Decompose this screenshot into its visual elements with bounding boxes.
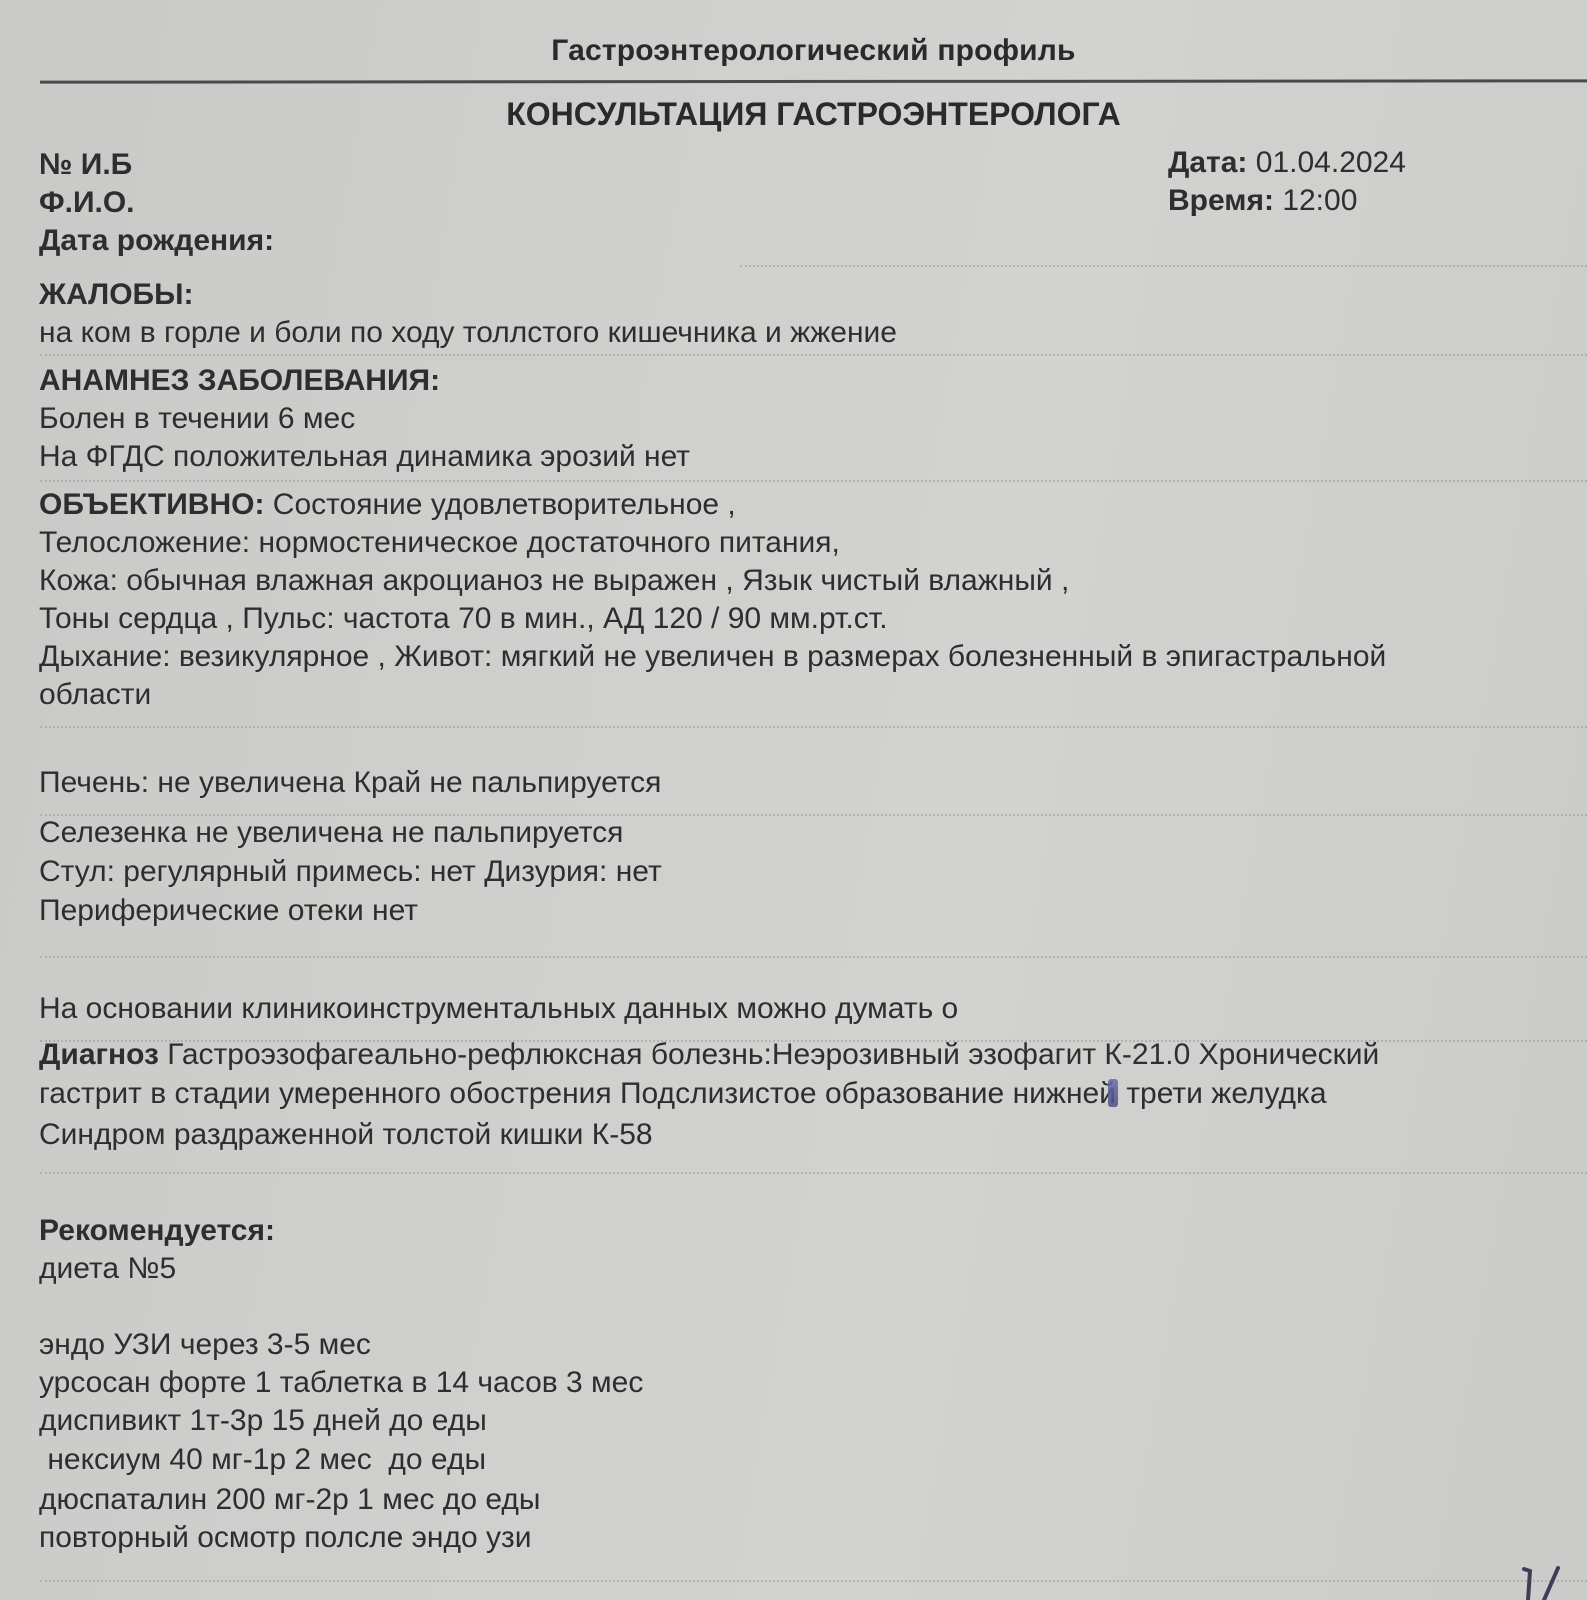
profile-title: Гастроэнтерологический профиль <box>0 34 1587 68</box>
ink-blot <box>1108 1079 1118 1107</box>
objective-line: Кожа: обычная влажная акроцианоз не выра… <box>39 562 1069 600</box>
dotted-separator <box>40 956 1587 958</box>
liver-line: Печень: не увеличена Край не пальпируетс… <box>39 764 661 802</box>
visit-date-value: 01.04.2024 <box>1256 146 1406 179</box>
dotted-separator <box>40 1580 1587 1582</box>
dotted-separator <box>40 354 1587 356</box>
consultation-document: Гастроэнтерологический профиль КОНСУЛЬТА… <box>0 0 1587 1600</box>
anamnesis-line: На ФГДС положительная динамика эрозий не… <box>39 438 690 476</box>
anamnesis-heading: АНАМНЕЗ ЗАБОЛЕВАНИЯ: <box>39 362 440 400</box>
recommendation-item: эндо УЗИ через 3-5 мес <box>39 1326 371 1364</box>
objective-line: области <box>39 676 151 714</box>
header-divider <box>40 79 1587 83</box>
diagnosis-text: трети желудка <box>1118 1077 1327 1110</box>
recommendations-heading: Рекомендуется: <box>39 1212 275 1250</box>
recommendation-item: урсосан форте 1 таблетка в 14 часов 3 ме… <box>39 1364 643 1402</box>
objective-heading: ОБЪЕКТИВНО: <box>39 488 264 521</box>
diagnosis-label: Диагноз <box>39 1038 159 1071</box>
handwritten-mark <box>1518 1565 1578 1600</box>
dotted-separator <box>740 265 1587 267</box>
recommendation-item: диспивикт 1т-3р 15 дней до еды <box>39 1402 487 1440</box>
diagnosis-text: гастрит в стадии умеренного обострения П… <box>39 1077 1116 1110</box>
diet-line: диета №5 <box>39 1250 176 1288</box>
dotted-separator <box>40 726 1587 728</box>
objective-line: Дыхание: везикулярное , Живот: мягкий не… <box>39 638 1386 676</box>
dotted-separator <box>40 480 1587 482</box>
spleen-line: Селезенка не увеличена не пальпируется <box>39 814 623 852</box>
complaints-heading: ЖАЛОБЫ: <box>39 276 193 314</box>
diagnosis-line-2: гастрит в стадии умеренного обострения П… <box>39 1075 1327 1113</box>
visit-date: Дата: 01.04.2024 <box>1168 144 1406 182</box>
complaints-text: на ком в горле и боли по ходу толлстого … <box>39 314 897 352</box>
dotted-separator <box>40 1172 1587 1174</box>
diagnosis-line-1: Диагноз Гастроэзофагеально-рефлюксная бо… <box>39 1036 1379 1074</box>
edema-line: Периферические отеки нет <box>39 892 418 930</box>
visit-date-label: Дата: <box>1168 146 1247 179</box>
diagnosis-text: Гастроэзофагеально-рефлюксная болезнь:Не… <box>159 1038 1379 1071</box>
objective-first-line: ОБЪЕКТИВНО: Состояние удовлетворительное… <box>39 486 736 524</box>
conclusion-intro: На основании клиникоинструментальных дан… <box>39 990 958 1028</box>
anamnesis-line: Болен в течении 6 мес <box>39 400 355 438</box>
visit-time-label: Время: <box>1168 184 1274 217</box>
diagnosis-line-3: Синдром раздраженной толстой кишки К-58 <box>39 1116 653 1154</box>
birthdate-label: Дата рождения: <box>39 222 274 260</box>
recommendation-item: повторный осмотр полсле эндо узи <box>39 1519 532 1557</box>
visit-time-value: 12:00 <box>1282 184 1357 217</box>
objective-line: Телосложение: нормостеническое достаточн… <box>39 524 840 562</box>
record-number-label: № И.Б <box>39 146 132 184</box>
objective-state: Состояние удовлетворительное , <box>264 488 735 521</box>
recommendation-item: дюспаталин 200 мг-2р 1 мес до еды <box>39 1481 540 1519</box>
recommendation-item: нексиум 40 мг-1р 2 мес до еды <box>39 1441 486 1479</box>
stool-line: Стул: регулярный примесь: нет Дизурия: н… <box>39 853 662 891</box>
objective-line: Тоны сердца , Пульс: частота 70 в мин., … <box>39 600 888 638</box>
consultation-title: КОНСУЛЬТАЦИЯ ГАСТРОЭНТЕРОЛОГА <box>0 96 1587 133</box>
visit-time: Время: 12:00 <box>1168 182 1357 220</box>
patient-name-label: Ф.И.О. <box>39 184 135 222</box>
